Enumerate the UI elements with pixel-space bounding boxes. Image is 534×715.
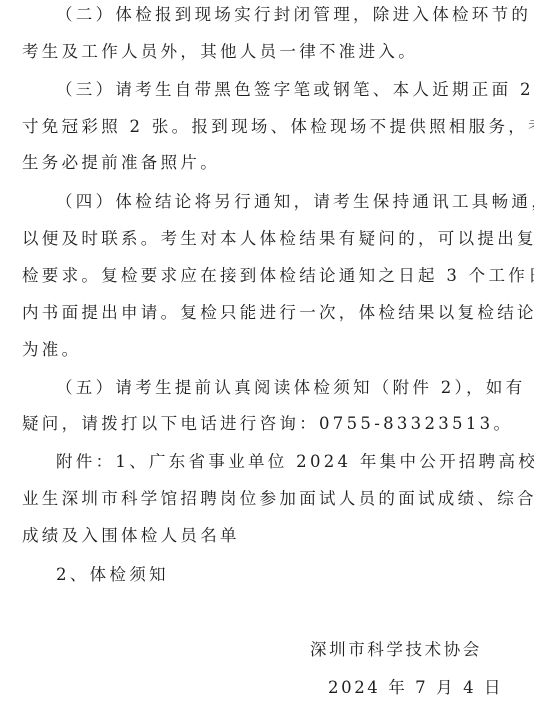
paragraph-4-line-1: （四）体检结论将另行通知，请考生保持通讯工具畅通， [56, 191, 534, 213]
attachment-1-line-2: 业生深圳市科学馆招聘岗位参加面试人员的面试成绩、综合 [22, 488, 534, 510]
attachment-1-line-1: 附件：1、广东省事业单位 2024 年集中公开招聘高校毕 [56, 451, 534, 473]
paragraph-4-line-4: 内书面提出申请。复检只能进行一次，体检结果以复检结论 [22, 302, 534, 324]
attachment-2: 2、体检须知 [56, 564, 169, 586]
paragraph-3-line-3: 生务必提前准备照片。 [22, 152, 220, 174]
paragraph-3-line-2: 寸免冠彩照 2 张。报到现场、体检现场不提供照相服务，考 [22, 116, 534, 138]
paragraph-3-line-1: （三）请考生自带黑色签字笔或钢笔、本人近期正面 2 [56, 79, 534, 101]
paragraph-2-line-1: （二）体检报到现场实行封闭管理，除进入体检环节的 [56, 4, 531, 26]
signature-organization: 深圳市科学技术协会 [310, 639, 482, 661]
signature-date: 2024 年 7 月 4 日 [328, 677, 503, 699]
paragraph-2-line-2: 考生及工作人员外，其他人员一律不准进入。 [22, 41, 418, 63]
paragraph-4-line-5: 为准。 [22, 339, 81, 361]
paragraph-4-line-3: 检要求。复检要求应在接到体检结论通知之日起 3 个工作日 [22, 265, 534, 287]
paragraph-5-line-2: 疑问，请拨打以下电话进行咨询：0755-83323513。 [22, 413, 513, 435]
paragraph-4-line-2: 以便及时联系。考生对本人体检结果有疑问的，可以提出复 [22, 228, 534, 250]
attachment-1-line-3: 成绩及入围体检人员名单 [22, 525, 240, 547]
paragraph-5-line-1: （五）请考生提前认真阅读体检须知（附件 2），如有 [56, 377, 526, 399]
